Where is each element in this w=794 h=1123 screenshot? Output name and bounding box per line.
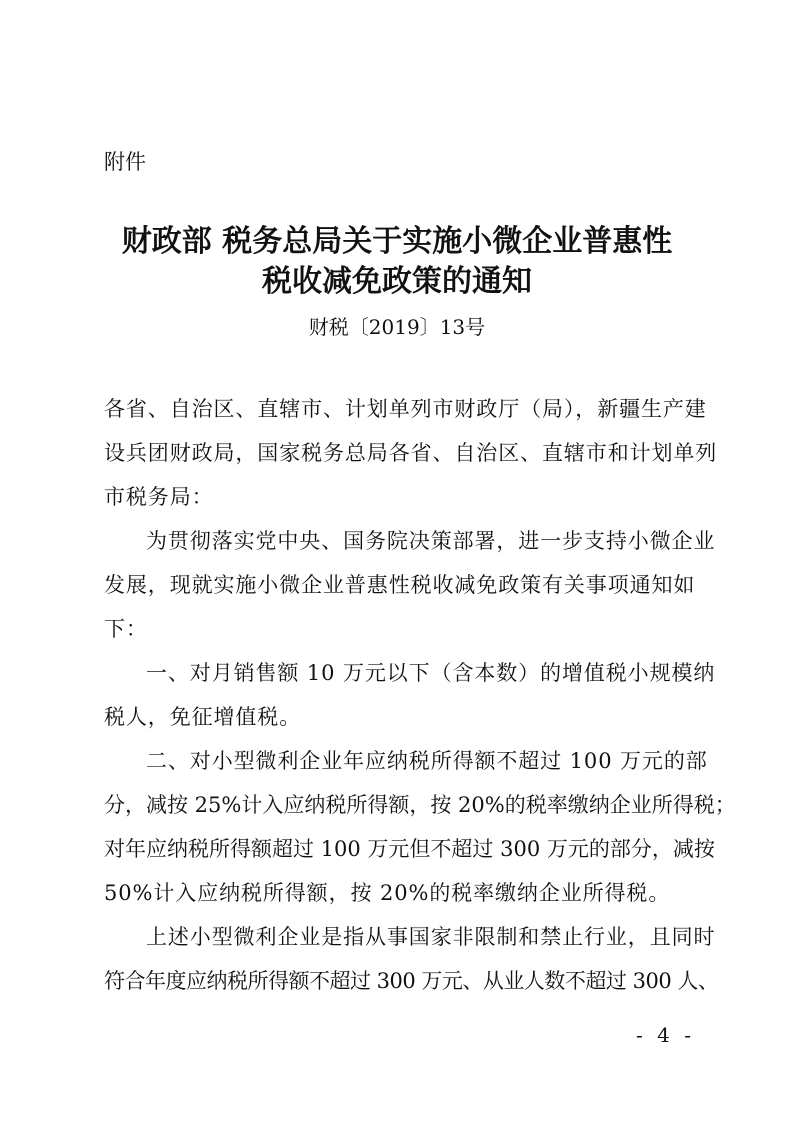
document-title-line-1: 财政部 税务总局关于实施小微企业普惠性	[0, 222, 794, 262]
intro-line: 发展，现就实施小微企业普惠性税收减免政策有关事项通知如	[104, 573, 704, 597]
document-number: 财税〔2019〕13号	[0, 311, 794, 340]
attachment-label: 附件	[104, 146, 146, 176]
item-1-line: 一、对月销售额 10 万元以下（含本数）的增值税小规模纳	[146, 661, 746, 685]
item-2-line: 二、对小型微利企业年应纳税所得额不超过 100 万元的部	[146, 749, 746, 773]
document-title-line-2: 税收减免政策的通知	[0, 262, 794, 302]
item-2-line: 分，减按 25%计入应纳税所得额，按 20%的税率缴纳企业所得税；	[104, 793, 704, 817]
item-2-line: 对年应纳税所得额超过 100 万元但不超过 300 万元的部分，减按	[104, 837, 704, 861]
page-number: - 4 -	[636, 1023, 695, 1047]
item-2-line: 50%计入应纳税所得额，按 20%的税率缴纳企业所得税。	[104, 881, 704, 905]
intro-line: 为贯彻落实党中央、国务院决策部署，进一步支持小微企业	[146, 529, 746, 553]
definition-line: 符合年度应纳税所得额不超过 300 万元、从业人数不超过 300 人、	[104, 969, 704, 993]
intro-line: 下：	[104, 617, 704, 641]
definition-line: 上述小型微利企业是指从事国家非限制和禁止行业，且同时	[146, 925, 746, 949]
document-page: 附件 财政部 税务总局关于实施小微企业普惠性 税收减免政策的通知 财税〔2019…	[0, 0, 794, 1123]
addressee-line: 各省、自治区、直辖市、计划单列市财政厅（局），新疆生产建	[104, 397, 704, 421]
item-1-line: 税人，免征增值税。	[104, 705, 704, 729]
addressee-line: 市税务局：	[104, 485, 704, 509]
addressee-line: 设兵团财政局，国家税务总局各省、自治区、直辖市和计划单列	[104, 441, 704, 465]
